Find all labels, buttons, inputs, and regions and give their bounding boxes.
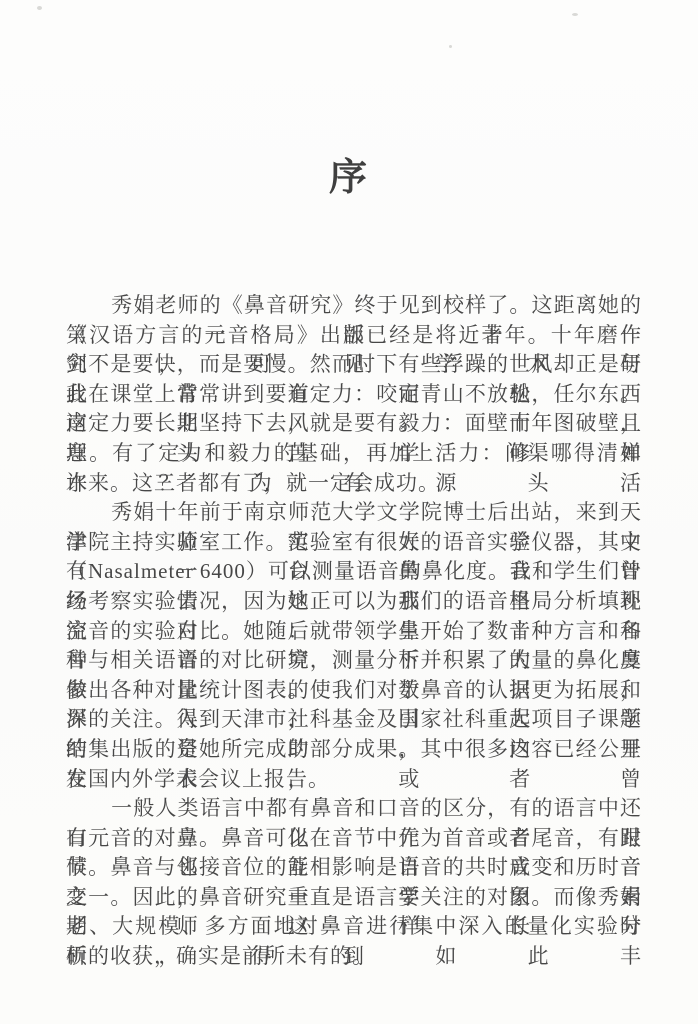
text-line: （Nasalmeter 6400）可以测量语音的鼻化度。我和学生们曾经去她那里现 — [66, 557, 642, 587]
text-line: 意。有了定力和毅力的基础，再加上活力：问渠哪得清如许？为有源头活 — [66, 439, 642, 469]
text-line: 流音的实验对比。她随后就带领学生开始了数十种方言和各种语境下的鼻 — [66, 617, 642, 647]
text-line: 《汉语方言的元音格局》出版已经是将近十年。十年磨一剑，可见学术研 — [66, 321, 642, 351]
text-line: 做出各种对比统计图表。使我们对于鼻音的认识更为拓展和深入，引起学 — [66, 676, 642, 706]
scan-speck — [572, 13, 578, 16]
text-line: 秀娟十年前于南京师范大学文学院博士后出站，来到天津师范大学文 — [66, 498, 642, 528]
text-line: 场考察实验情况，因为这正可以为我们的语音格局分析填补空白：鼻音和 — [66, 587, 642, 617]
scan-speck — [37, 6, 42, 10]
text-line: 究不是要快，而是要慢。然而时下有些浮躁的世风却正是与此背道而驰。 — [66, 350, 642, 380]
text-line: 我在课堂上常常讲到要有定力：咬定青山不放松，任尔东西南北风。而且 — [66, 380, 642, 410]
text-line: 音与相关语音的对比研究，测量分析并积累了大量的鼻化度参量的数据， — [66, 646, 642, 676]
text-line: 秀娟老师的《鼻音研究》终于见到校样了。这距离她的第一部著作 — [66, 291, 642, 321]
page-title: 序 — [0, 146, 698, 201]
text-line: 结集出版的是她所完成的部分成果，其中很多内容已经公开发表，或者曾 — [66, 735, 642, 765]
text-line: 界的关注。得到天津市社科基金及国家社科重大项目子课题的资助。这里 — [66, 705, 642, 735]
text-line: 学院主持实验室工作。实验室有很好的语音实验仪器，其中有一台鼻音计 — [66, 528, 642, 558]
text-line: 期、大规模、多方面地对鼻音进行集中深入的量化实验分析，得到如此丰 — [66, 912, 642, 942]
text-line: 口元音的对立。鼻音可以在音节中作为首音或者尾音，有时候也能自成音 — [66, 824, 642, 854]
text-line: 这定力要长期坚持下去，就是要有毅力：面壁十年图破壁，埋头苦学修禅 — [66, 409, 642, 439]
text-line: 节。鼻音与邻接音位的互相影响是语音的共时音变和历时音变的重要因素 — [66, 853, 642, 883]
preface-body: 秀娟老师的《鼻音研究》终于见到校样了。这距离她的第一部著作 《汉语方言的元音格局… — [66, 291, 642, 972]
book-page: 序 秀娟老师的《鼻音研究》终于见到校样了。这距离她的第一部著作 《汉语方言的元音… — [0, 0, 698, 1024]
scan-speck — [449, 45, 452, 48]
text-line: 之一。因此，鼻音研究一直是语言学关注的对象。而像秀娟老师这样长时 — [66, 883, 642, 913]
text-line: 一般人类语言中都有鼻音和口音的区分，有的语言中还有鼻化元音跟 — [66, 794, 642, 824]
